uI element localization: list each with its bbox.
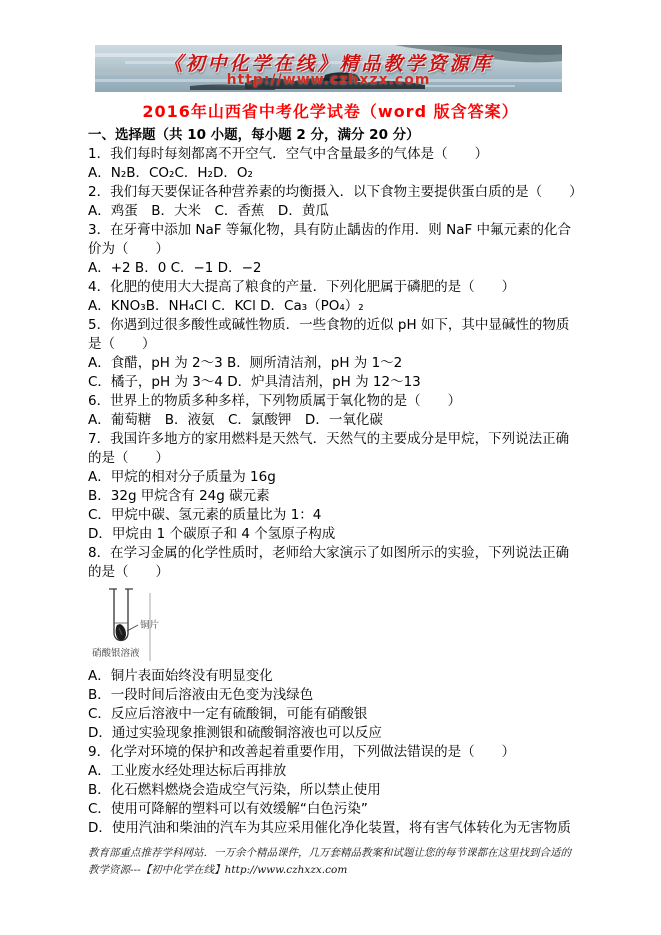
- exam-content: 一、选择题（共 10 小题，每小题 2 分，满分 20 分） 1．我们每时每刻都…: [88, 126, 580, 838]
- question-6-options: A．葡萄糖 B．液氨 C．氯酸钾 D．一氧化碳: [88, 411, 580, 430]
- question-8-option-a: A．铜片表面始终没有明显变化: [88, 667, 580, 686]
- page-title: 2016年山西省中考化学试卷（word 版含答案）: [0, 99, 661, 122]
- question-7-option-c: C．甲烷中碳、氢元素的质量比为 1：4: [88, 506, 580, 525]
- question-7-option-d: D．甲烷由 1 个碳原子和 4 个氢原子构成: [88, 525, 580, 544]
- question-9-option-c: C．使用可降解的塑料可以有效缓解“白色污染”: [88, 800, 580, 819]
- question-8-option-b: B．一段时间后溶液由无色变为浅绿色: [88, 686, 580, 705]
- question-8-option-d: D．通过实验现象推测银和硫酸铜溶液也可以反应: [88, 724, 580, 743]
- question-9-option-d: D．使用汽油和柴油的汽车为其应采用催化净化装置，将有害气体转化为无害物质: [88, 819, 580, 838]
- question-9-option-b: B．化石燃料燃烧会造成空气污染，所以禁止使用: [88, 781, 580, 800]
- question-3-options: A．+2 B．0 C．−1 D．−2: [88, 259, 580, 278]
- question-5-options-ab: A．食醋，pH 为 2～3 B．厕所清洁剂，pH 为 1～2: [88, 354, 580, 373]
- footer-line2: 教学资源---【初中化学在线】http://www.czhxzx.com: [88, 862, 580, 879]
- question-7-stem: 7．我国许多地方的家用燃料是天然气．天然气的主要成分是甲烷，下列说法正确的是（ …: [88, 430, 580, 468]
- question-8-stem: 8．在学习金属的化学性质时，老师给大家演示了如图所示的实验，下列说法正确的是（ …: [88, 544, 580, 582]
- question-3-stem: 3．在牙膏中添加 NaF 等氟化物，具有防止龋齿的作用．则 NaF 中氟元素的化…: [88, 221, 580, 259]
- question-2-options: A．鸡蛋 B．大米 C．香蕉 D．黄瓜: [88, 202, 580, 221]
- exam-document-page: 《初中化学在线》精品教学资源库 http://www.czhxzx.com 20…: [0, 0, 661, 935]
- question-9-option-a: A．工业废水经处理达标后再排放: [88, 762, 580, 781]
- footer-url-link[interactable]: http://www.czhxzx.com: [225, 864, 348, 876]
- question-5-stem: 5．你遇到过很多酸性或碱性物质．一些食物的近似 pH 如下，其中显碱性的物质是（…: [88, 316, 580, 354]
- question-7-option-b: B．32g 甲烷含有 24g 碳元素: [88, 487, 580, 506]
- footer-line2-prefix: 教学资源---【初中化学在线】: [88, 864, 225, 876]
- question-2-stem: 2．我们每天要保证各种营养素的均衡摄入．以下食物主要提供蛋白质的是（ ）: [88, 183, 580, 202]
- section-header: 一、选择题（共 10 小题，每小题 2 分，满分 20 分）: [88, 126, 580, 145]
- page-footer: 教育部重点推荐学科网站．一万余个精品课件，几万套精品教案和试题让您的每节课都在这…: [88, 845, 580, 879]
- question-4-options: A．KNO₃B．NH₄Cl C．KCl D．Ca₃（PO₄）₂: [88, 297, 580, 316]
- question-4-stem: 4．化肥的使用大大提高了粮食的产量．下列化肥属于磷肥的是（ ）: [88, 278, 580, 297]
- question-7-option-a: A．甲烷的相对分子质量为 16g: [88, 468, 580, 487]
- site-banner: 《初中化学在线》精品教学资源库 http://www.czhxzx.com: [95, 45, 562, 92]
- footer-line1: 教育部重点推荐学科网站．一万余个精品课件，几万套精品教案和试题让您的每节课都在这…: [88, 845, 580, 862]
- banner-url-link[interactable]: http://www.czhxzx.com: [95, 72, 562, 88]
- question-1-stem: 1．我们每时每刻都离不开空气．空气中含量最多的气体是（ ）: [88, 145, 580, 164]
- question-1-options: A．N₂B．CO₂C．H₂D．O₂: [88, 164, 580, 183]
- question-5-options-cd: C．橘子，pH 为 3～4 D．炉具清洁剂，pH 为 12～13: [88, 373, 580, 392]
- test-tube-diagram: 铜片 硝酸银溶液: [88, 585, 248, 665]
- question-8-option-c: C．反应后溶液中一定有硫酸铜，可能有硝酸银: [88, 705, 580, 724]
- question-9-stem: 9．化学对环境的保护和改善起着重要作用，下列做法错误的是（ ）: [88, 743, 580, 762]
- experiment-figure: 铜片 硝酸银溶液: [88, 585, 248, 665]
- question-6-stem: 6．世界上的物质多种多样，下列物质属于氧化物的是（ ）: [88, 392, 580, 411]
- solution-label: 硝酸银溶液: [92, 647, 140, 659]
